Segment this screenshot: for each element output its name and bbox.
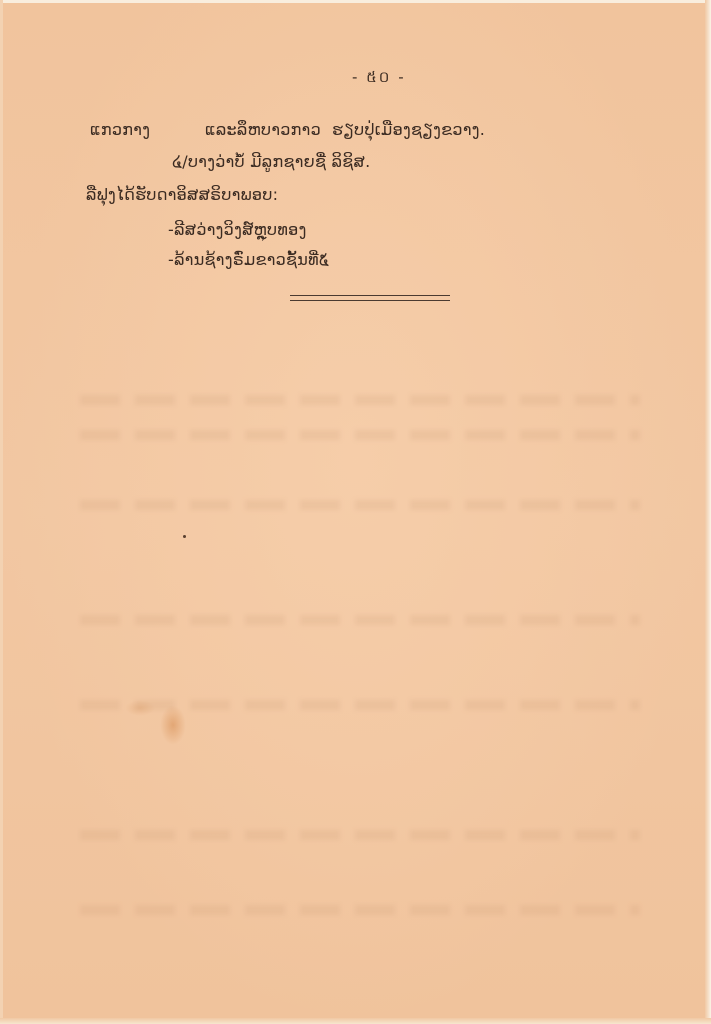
text-line-1-part-3: ຮຽບປຸ່ເມືອງຊຽງຂວາງ. [332,120,485,139]
paper-stain [125,700,155,716]
page-edge-left [0,0,3,1024]
double-rule-divider [290,295,450,301]
bleed-through [80,500,640,510]
page-edge-top [0,0,711,3]
bleed-through [80,395,640,405]
ink-speck [183,535,186,538]
document-page: - ៥០ - ແກວກາງ ແລະລຶຫບາວກາວ ຮຽບປຸ່ເມືອງຊຽ… [0,0,711,1024]
text-line-3: ລືຟຸງໄດ້ຮັບດາອິສສຣິບາພອບ: [86,185,278,204]
page-edge-right [705,0,711,1024]
text-line-1-part-1: ແກວກາງ [90,120,150,139]
text-line-5: -ລ້ານຊ້າງຣົ່ມຂາວຊັ້ນທີ່໕ [168,250,329,269]
paper-stain [160,705,186,745]
text-line-4: -ລີສວ່າງວິງສ໌ຫຼຸບທອງ [168,220,307,239]
bleed-through [80,615,640,625]
text-line-1-part-2: ແລະລຶຫບາວກາວ [205,120,321,139]
page-edge-bottom [0,1018,711,1024]
bleed-through [80,430,640,440]
text-line-2: ໔/ບາງວ່າບໍ້ ມີລູກຊາຍຊື່ ລິຊິສ. [172,152,370,171]
bleed-through [80,830,640,840]
bleed-through [80,905,640,915]
bleed-through [80,700,640,710]
page-number: - ៥០ - [352,68,406,90]
